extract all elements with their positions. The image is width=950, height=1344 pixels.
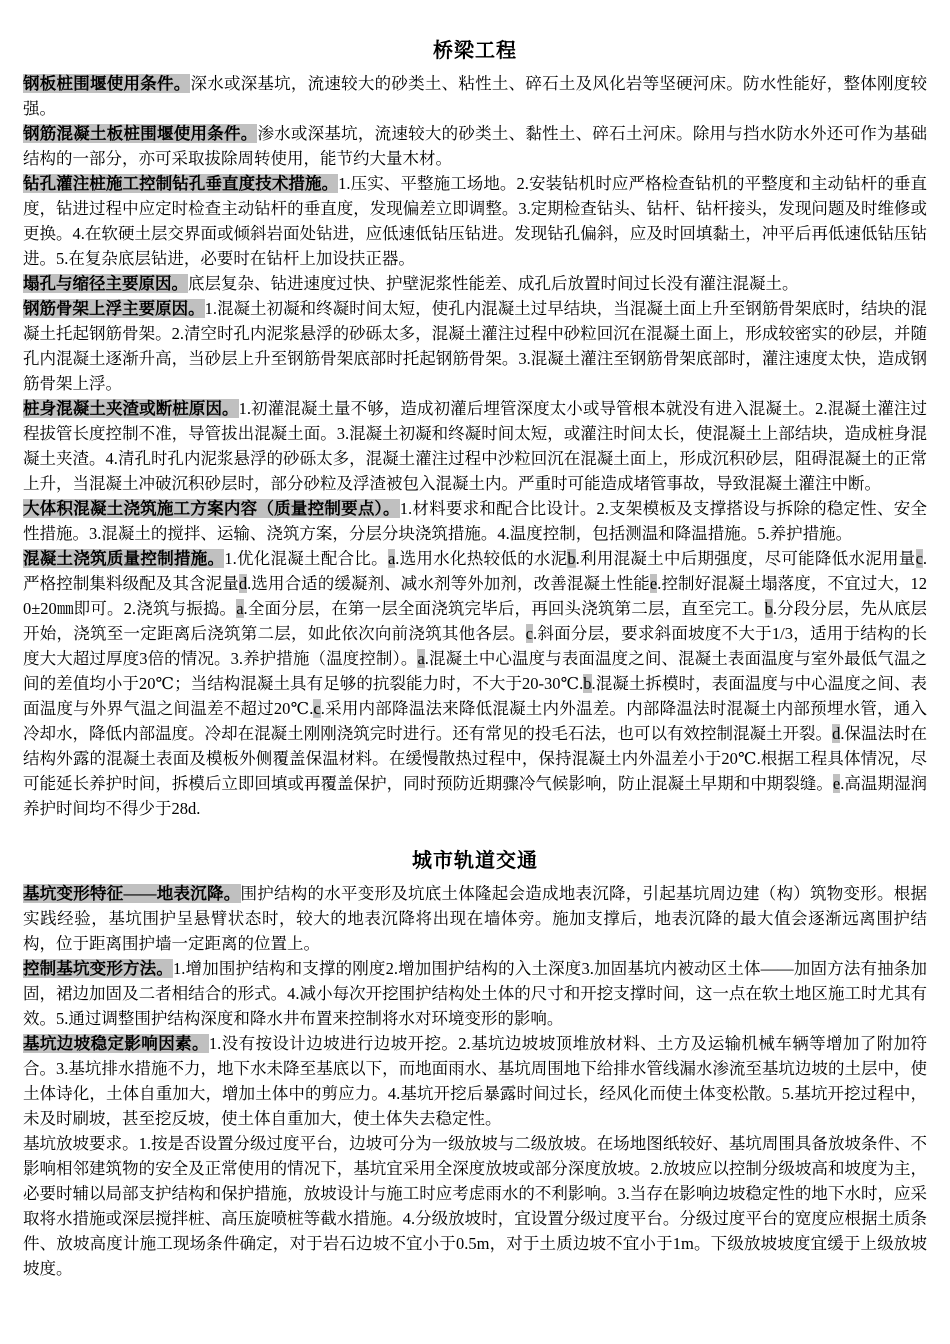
section-urban-rail-transit: 城市轨道交通 基坑变形特征——地表沉降。围护结构的水平变形及坑底土体隆起会造成地… <box>23 848 927 1281</box>
paragraph-heading: 基坑变形特征——地表沉降。 <box>23 884 241 903</box>
paragraph: 基坑边坡稳定影响因素。1.没有按设计边坡进行边坡开挖。2.基坑边坡坡顶堆放材料、… <box>23 1031 927 1131</box>
section-paragraphs-bridge-engineering: 钢板桩围堰使用条件。深水或深基坑，流速较大的砂类土、粘性土、碎石土及风化岩等坚硬… <box>23 71 927 821</box>
highlight-mark: c <box>916 549 923 568</box>
highlight-mark: a <box>417 649 424 668</box>
paragraph-heading: 塌孔与缩径主要原因。 <box>23 274 188 293</box>
document-page: 桥梁工程 钢板桩围堰使用条件。深水或深基坑，流速较大的砂类土、粘性土、碎石土及风… <box>0 0 950 1344</box>
paragraph: 桩身混凝土夹渣或断桩原因。1.初灌混凝土量不够，造成初灌后埋管深度太小或导管根本… <box>23 396 927 496</box>
highlight-mark: b <box>765 599 773 618</box>
highlight-mark: b <box>583 674 591 693</box>
paragraph: 控制基坑变形方法。1.增加围护结构和支撑的刚度2.增加围护结构的入土深度3.加固… <box>23 956 927 1031</box>
section-title-urban-rail-transit: 城市轨道交通 <box>23 848 927 874</box>
paragraph: 大体积混凝土浇筑施工方案内容（质量控制要点）。1.材料要求和配合比设计。2.支架… <box>23 496 927 546</box>
paragraph: 基坑放坡要求。1.按是否设置分级过度平台，边坡可分为一级放坡与二级放坡。在场地图… <box>23 1131 927 1281</box>
paragraph: 塌孔与缩径主要原因。底层复杂、钻进速度过快、护壁泥浆性能差、成孔后放置时间过长没… <box>23 271 927 296</box>
paragraph-heading: 钢筋混凝土板桩围堰使用条件。 <box>23 124 257 143</box>
highlight-mark: d <box>239 574 247 593</box>
paragraph-heading: 钢筋骨架上浮主要原因。 <box>23 299 205 318</box>
paragraph-text: 底层复杂、钻进速度过快、护壁泥浆性能差、成孔后放置时间过长没有灌注混凝土。 <box>188 274 799 293</box>
paragraph: 基坑变形特征——地表沉降。围护结构的水平变形及坑底土体隆起会造成地表沉降，引起基… <box>23 881 927 956</box>
paragraph-text: .选用水化热较低的水泥 <box>395 549 567 568</box>
paragraph-text: .全面分层，在第一层全面浇筑完毕后，再回头浇筑第二层，直至完工。 <box>244 599 765 618</box>
paragraph-heading: 桩身混凝土夹渣或断桩原因。 <box>23 399 239 418</box>
paragraph-heading: 钢板桩围堰使用条件。 <box>23 74 190 93</box>
highlight-mark: c <box>313 699 320 718</box>
paragraph-text: .选用合适的缓凝剂、减水剂等外加剂，改善混凝土性能 <box>247 574 650 593</box>
highlight-mark: c <box>526 624 533 643</box>
paragraph: 混凝土浇筑质量控制措施。1.优化混凝土配合比。a.选用水化热较低的水泥b.利用混… <box>23 546 927 821</box>
paragraph-heading: 控制基坑变形方法。 <box>23 959 173 978</box>
paragraph: 钢筋混凝土板桩围堰使用条件。渗水或深基坑，流速较大的砂类土、黏性土、碎石土河床。… <box>23 121 927 171</box>
paragraph: 钢筋骨架上浮主要原因。1.混凝土初凝和终凝时间太短，使孔内混凝土过早结块，当混凝… <box>23 296 927 396</box>
paragraph-text: 基坑放坡要求。1.按是否设置分级过度平台，边坡可分为一级放坡与二级放坡。在场地图… <box>23 1134 927 1278</box>
section-title-bridge-engineering: 桥梁工程 <box>23 38 927 64</box>
paragraph-heading: 钻孔灌注桩施工控制钻孔垂直度技术措施。 <box>23 174 338 193</box>
paragraph-heading: 混凝土浇筑质量控制措施。 <box>23 549 224 568</box>
paragraph: 钢板桩围堰使用条件。深水或深基坑，流速较大的砂类土、粘性土、碎石土及风化岩等坚硬… <box>23 71 927 121</box>
section-bridge-engineering: 桥梁工程 钢板桩围堰使用条件。深水或深基坑，流速较大的砂类土、粘性土、碎石土及风… <box>23 38 927 821</box>
paragraph-heading: 大体积混凝土浇筑施工方案内容（质量控制要点）。 <box>23 499 400 518</box>
highlight-mark: b <box>567 549 575 568</box>
highlight-mark: a <box>236 599 243 618</box>
section-paragraphs-urban-rail-transit: 基坑变形特征——地表沉降。围护结构的水平变形及坑底土体隆起会造成地表沉降，引起基… <box>23 881 927 1281</box>
paragraph-text: .利用混凝土中后期强度，尽可能降低水泥用量 <box>576 549 916 568</box>
paragraph: 钻孔灌注桩施工控制钻孔垂直度技术措施。1.压实、平整施工场地。2.安装钻机时应严… <box>23 171 927 271</box>
paragraph-text: 1.优化混凝土配合比。 <box>224 549 388 568</box>
paragraph-heading: 基坑边坡稳定影响因素。 <box>23 1034 209 1053</box>
